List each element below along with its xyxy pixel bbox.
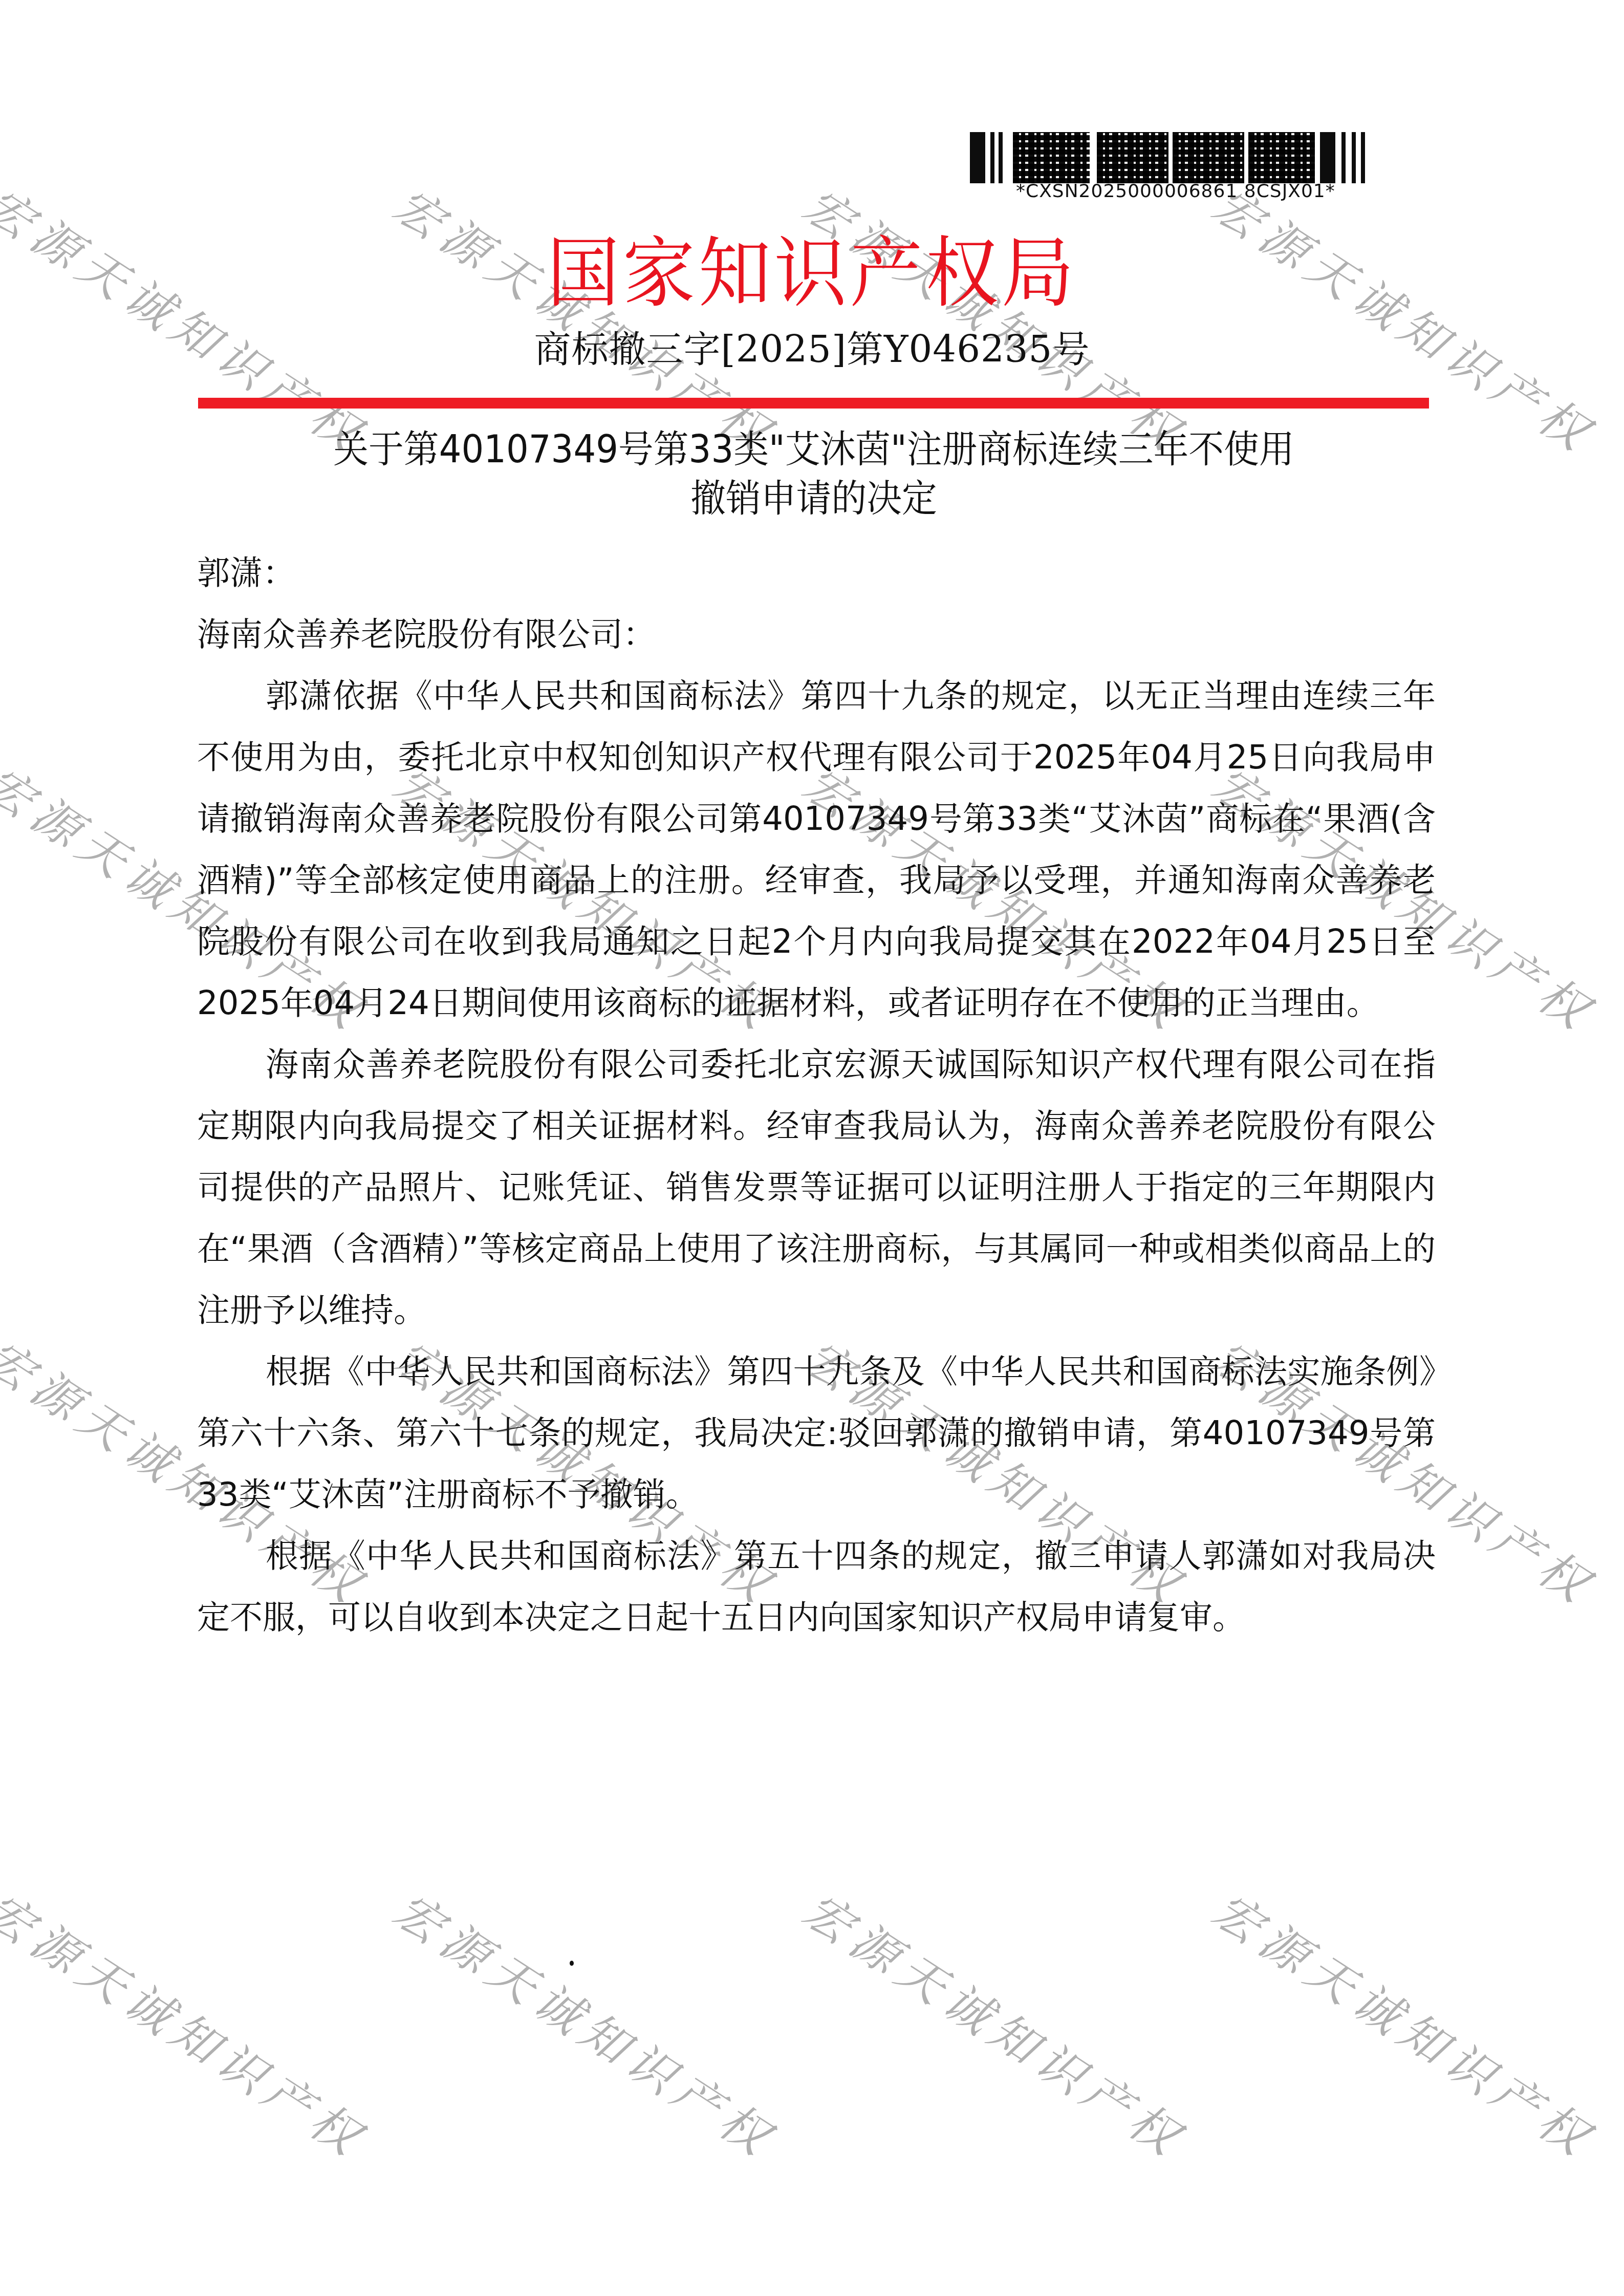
watermark: 宏源天诚知识产权: [1202, 1874, 1610, 2171]
paragraph-decision: 根据《中华人民共和国商标法》第四十九条及《中华人民共和国商标法实施条例》第六十六…: [197, 1341, 1436, 1526]
document-title: 关于第40107349号第33类"艾沐茵"注册商标连续三年不使用 撤销申请的决定: [247, 425, 1380, 523]
watermark: 宏源天诚知识产权: [1202, 169, 1610, 466]
title-line-2: 撤销申请的决定: [247, 474, 1380, 523]
watermark: 宏源天诚知识产权: [0, 1874, 381, 2171]
document-barcode: [970, 132, 1382, 183]
title-line-1: 关于第40107349号第33类"艾沐茵"注册商标连续三年不使用: [247, 425, 1380, 474]
barcode-text: *CXSN2025000006861 8CSJX01*: [1016, 181, 1335, 202]
paragraph-evidence: 海南众善养老院股份有限公司委托北京宏源天诚国际知识产权代理有限公司在指定期限内向…: [197, 1034, 1436, 1341]
paragraph-appeal: 根据《中华人民共和国商标法》第五十四条的规定，撤三申请人郭潇如对我局决定不服，可…: [197, 1526, 1436, 1648]
watermark: 宏源天诚知识产权: [383, 1874, 791, 2171]
agency-name: 国家知识产权局: [0, 231, 1624, 317]
watermark: 宏源天诚知识产权: [0, 169, 381, 466]
recipient-applicant: 郭潇：: [197, 543, 1436, 604]
red-divider: [198, 398, 1429, 409]
document-body: 郭潇： 海南众善养老院股份有限公司： 郭潇依据《中华人民共和国商标法》第四十九条…: [197, 543, 1436, 1648]
watermark: 宏源天诚知识产权: [792, 1874, 1200, 2171]
scan-speck: [570, 1961, 574, 1966]
recipient-registrant: 海南众善养老院股份有限公司：: [197, 604, 1436, 666]
document-number: 商标撤三字[2025]第Y046235号: [0, 329, 1624, 370]
paragraph-application: 郭潇依据《中华人民共和国商标法》第四十九条的规定，以无正当理由连续三年不使用为由…: [197, 666, 1436, 1034]
